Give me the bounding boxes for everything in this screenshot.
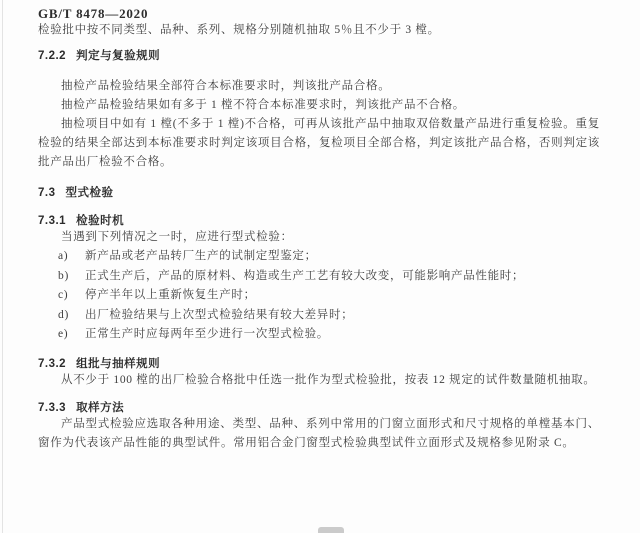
heading-number: 7.2.2 (38, 49, 66, 63)
heading-7-3: 7.3 型式检验 (38, 186, 600, 200)
paragraph-batch-sampling: 从不少于 100 樘的出厂检验合格批中任选一批作为型式检验批，按表 12 规定的… (38, 371, 600, 390)
heading-number: 7.3.2 (38, 357, 66, 371)
scan-edge-line (2, 0, 3, 533)
list-marker: a) (58, 247, 85, 267)
heading-number: 7.3 (38, 186, 56, 200)
heading-7-3-2: 7.3.2 组批与抽样规则 (38, 357, 600, 371)
list-item: a) 新产品或老产品转厂生产的试制定型鉴定； (38, 247, 600, 267)
bottom-drag-handle-icon[interactable] (318, 527, 344, 533)
heading-number: 7.3.1 (38, 214, 66, 228)
list-item: c) 停产半年以上重新恢复生产时； (38, 286, 600, 306)
paragraph-sampling-continuation: 检验批中按不同类型、品种、系列、规格分别随机抽取 5％且不少于 3 樘。 (38, 21, 600, 40)
paragraph-fail-rule: 抽检产品检验结果如有多于 1 樘不符合本标准要求时，判该批产品不合格。 (38, 96, 600, 115)
paragraph-sampling-method: 产品型式检验应选取各种用途、类型、品种、系列中常用的门窗立面形式和尺寸规格的单樘… (38, 415, 600, 453)
heading-7-2-2: 7.2.2 判定与复验规则 (38, 49, 600, 63)
heading-number: 7.3.3 (38, 401, 66, 415)
heading-title: 组批与抽样规则 (76, 357, 160, 371)
heading-7-3-3: 7.3.3 取样方法 (38, 401, 600, 415)
heading-title: 取样方法 (76, 401, 124, 415)
list-item: e) 正常生产时应每两年至少进行一次型式检验。 (38, 325, 600, 345)
standard-number-header: GB/T 8478—2020 (38, 7, 600, 21)
list-item-text: 出厂检验结果与上次型式检验结果有较大差异时； (85, 306, 600, 326)
section-7-2-2-body: 抽检产品检验结果全部符合本标准要求时，判该批产品合格。 抽检产品检验结果如有多于… (38, 77, 600, 172)
list-item-text: 新产品或老产品转厂生产的试制定型鉴定； (85, 247, 600, 267)
list-item-text: 正常生产时应每两年至少进行一次型式检验。 (85, 325, 600, 345)
list-item: b) 正式生产后，产品的原材料、构造或生产工艺有较大改变，可能影响产品性能时； (38, 267, 600, 287)
heading-title: 检验时机 (76, 214, 124, 228)
paragraph-pass-rule: 抽检产品检验结果全部符合本标准要求时，判该批产品合格。 (38, 77, 600, 96)
document-page: GB/T 8478—2020 检验批中按不同类型、品种、系列、规格分别随机抽取 … (0, 0, 640, 453)
heading-title: 判定与复验规则 (76, 49, 160, 63)
list-item-text: 停产半年以上重新恢复生产时； (85, 286, 600, 306)
list-marker: d) (58, 306, 85, 326)
list-marker: e) (58, 325, 85, 345)
paragraph-type-test-conditions: 当遇到下列情况之一时，应进行型式检验： (38, 228, 600, 247)
heading-title: 型式检验 (66, 186, 114, 200)
paragraph-retest-rule: 抽检项目中如有 1 樘(不多于 1 樘)不合格，可再从该批产品中抽取双倍数量产品… (38, 115, 600, 172)
heading-7-3-1: 7.3.1 检验时机 (38, 214, 600, 228)
list-item-text: 正式生产后，产品的原材料、构造或生产工艺有较大改变，可能影响产品性能时； (85, 267, 600, 287)
list-item: d) 出厂检验结果与上次型式检验结果有较大差异时； (38, 306, 600, 326)
list-marker: c) (58, 286, 85, 306)
list-marker: b) (58, 267, 85, 287)
type-test-condition-list: a) 新产品或老产品转厂生产的试制定型鉴定； b) 正式生产后，产品的原材料、构… (38, 247, 600, 345)
